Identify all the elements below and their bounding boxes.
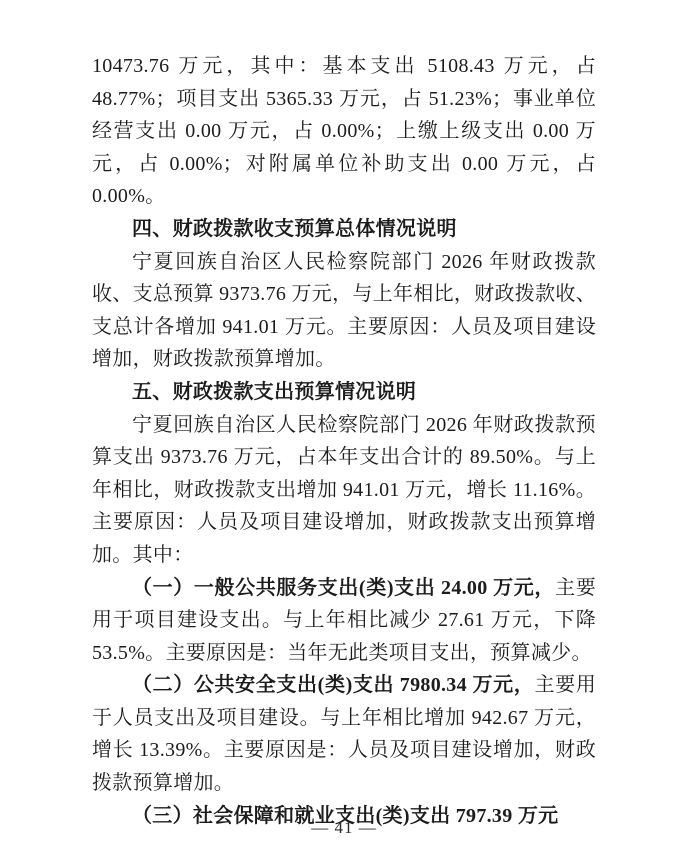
page-body: 10473.76 万元，其中：基本支出 5108.43 万元，占 48.77%；… — [0, 0, 688, 832]
section-4-body: 宁夏回族自治区人民检察院部门 2026 年财政拨款收、支总预算 9373.76 … — [92, 246, 596, 376]
page-number-footer: — 41 — — [0, 818, 688, 838]
continuation-paragraph: 10473.76 万元，其中：基本支出 5108.43 万元，占 48.77%；… — [92, 50, 596, 213]
section-5-body: 宁夏回族自治区人民检察院部门 2026 年财政拨款预算支出 9373.76 万元… — [92, 409, 596, 572]
section-5-heading: 五、财政拨款支出预算情况说明 — [92, 376, 596, 409]
expense-item-1-lead: （一）一般公共服务支出(类)支出 24.00 万元， — [132, 577, 555, 599]
document-page: 10473.76 万元，其中：基本支出 5108.43 万元，占 48.77%；… — [0, 0, 688, 861]
expense-item-1: （一）一般公共服务支出(类)支出 24.00 万元，主要用于项目建设支出。与上年… — [92, 572, 596, 670]
expense-item-2-lead: （二）公共安全支出(类)支出 7980.34 万元， — [132, 674, 534, 696]
expense-item-2: （二）公共安全支出(类)支出 7980.34 万元，主要用于人员支出及项目建设。… — [92, 669, 596, 799]
section-4-heading: 四、财政拨款收支预算总体情况说明 — [92, 213, 596, 246]
